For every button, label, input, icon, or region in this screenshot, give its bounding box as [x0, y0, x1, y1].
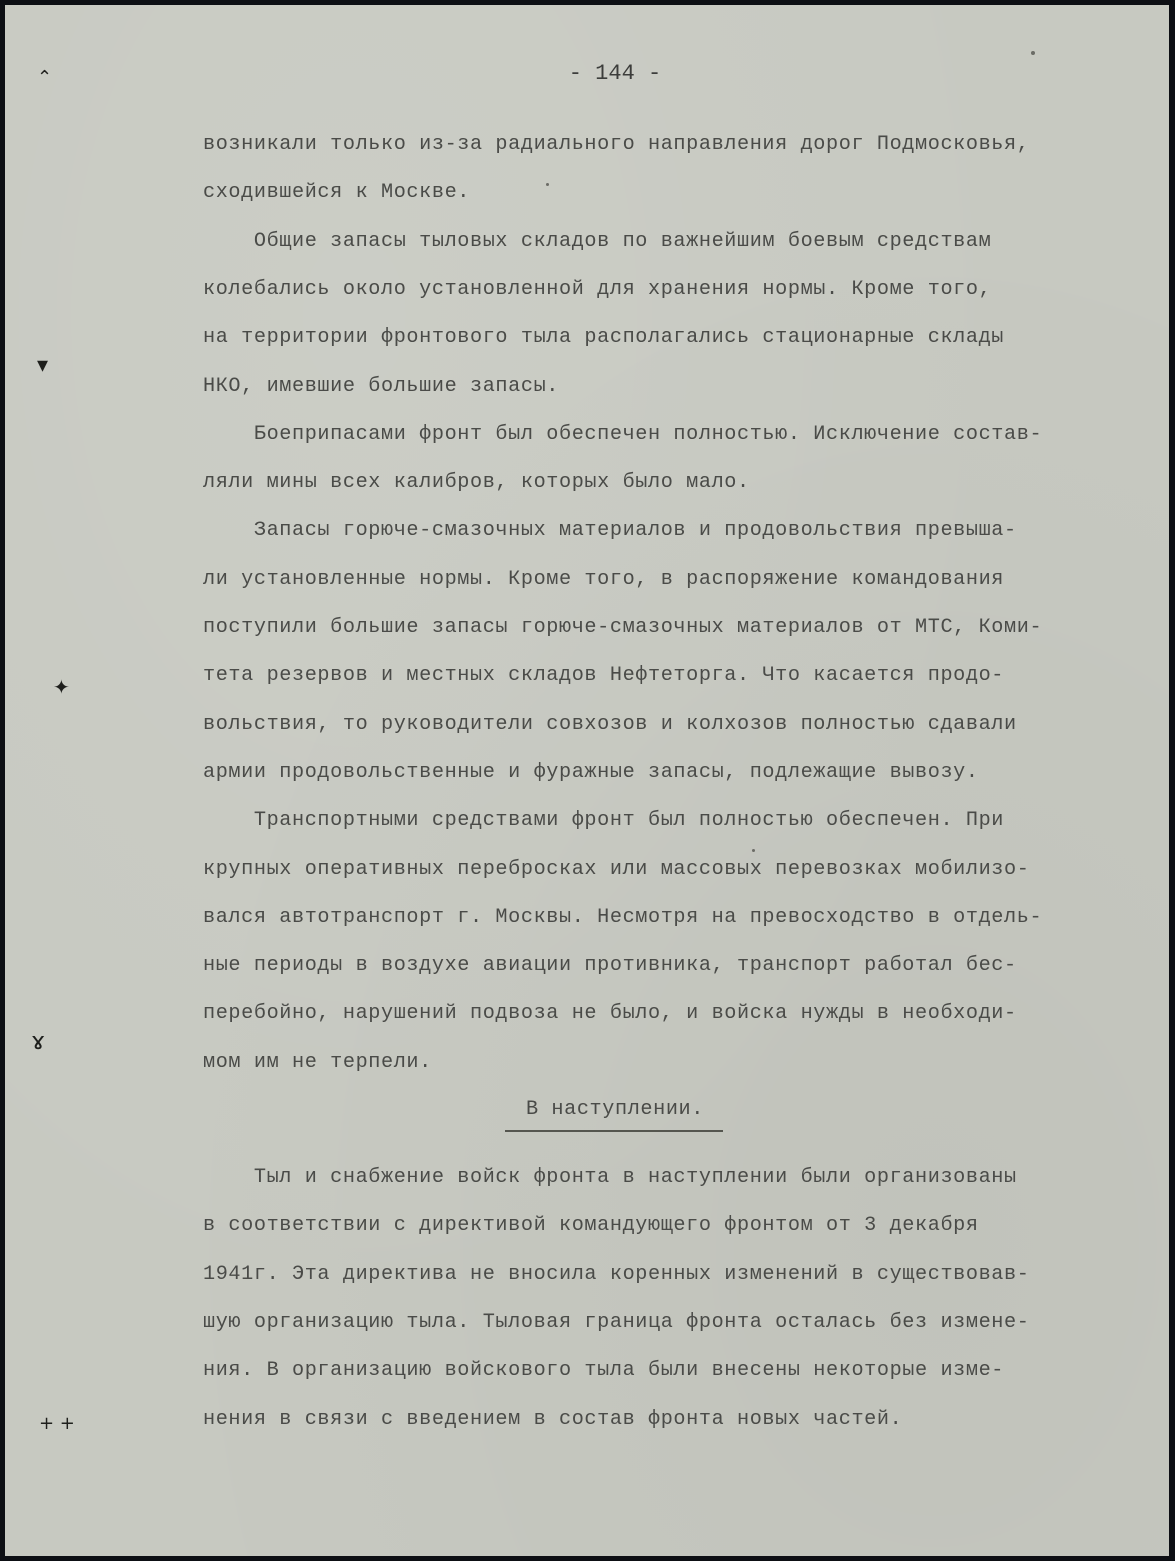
text-line: 1941г. Эта директива не вносила коренных… [203, 1260, 1029, 1290]
text-line: Запасы горюче-смазочных материалов и про… [203, 516, 1017, 546]
text-line: Тыл и снабжение войск фронта в наступлен… [203, 1163, 1017, 1193]
hole-punch-mark-icon: ✦ [53, 677, 70, 697]
hole-punch-mark-icon: ▾ [37, 355, 48, 377]
hole-punch-mark-icon: ɤ [31, 1029, 45, 1053]
paper-speck [1031, 51, 1035, 55]
paper-speck [546, 183, 549, 186]
text-line: вался автотранспорт г. Москвы. Несмотря … [203, 903, 1042, 933]
text-line: крупных оперативных перебросках или масс… [203, 855, 1029, 885]
section-heading-underline [505, 1130, 723, 1132]
text-line: в соответствии с директивой командующего… [203, 1211, 979, 1241]
text-line: Транспортными средствами фронт был полно… [203, 806, 1004, 836]
text-line: мом им не терпели. [203, 1048, 432, 1078]
text-line: перебойно, нарушений подвоза не было, и … [203, 999, 1017, 1029]
text-line: ные периоды в воздухе авиации противника… [203, 951, 1017, 981]
text-line: колебались около установленной для хране… [203, 275, 991, 305]
hole-punch-mark-icon: + + [39, 1415, 75, 1433]
text-line: Боеприпасами фронт был обеспечен полност… [203, 420, 1042, 450]
page-number: - 144 - [555, 61, 675, 86]
text-line: ляли мины всех калибров, которых было ма… [203, 468, 750, 498]
text-line: сходившейся к Москве. [203, 178, 470, 208]
document-page: - 144 - возникали только из-за радиально… [5, 5, 1169, 1556]
text-line: поступили большие запасы горюче-смазочны… [203, 613, 1042, 643]
text-line: Общие запасы тыловых складов по важнейши… [203, 227, 991, 257]
text-line: ли установленные нормы. Кроме того, в ра… [203, 565, 1004, 595]
text-line: армии продовольственные и фуражные запас… [203, 758, 979, 788]
paper-speck [752, 849, 755, 852]
text-line: вольствия, то руководители совхозов и ко… [203, 710, 1017, 740]
text-line: тета резервов и местных складов Нефтетор… [203, 661, 1004, 691]
text-line: ния. В организацию войскового тыла были … [203, 1356, 1004, 1386]
text-line: возникали только из-за радиального напра… [203, 130, 1029, 160]
hole-punch-mark-icon: ⌃ [37, 69, 52, 87]
text-line: НКО, имевшие большие запасы. [203, 372, 559, 402]
text-line: на территории фронтового тыла располагал… [203, 323, 1004, 353]
text-line: нения в связи с введением в состав фронт… [203, 1405, 902, 1435]
section-heading: В наступлении. [505, 1095, 725, 1125]
text-line: шую организацию тыла. Тыловая граница фр… [203, 1308, 1029, 1338]
